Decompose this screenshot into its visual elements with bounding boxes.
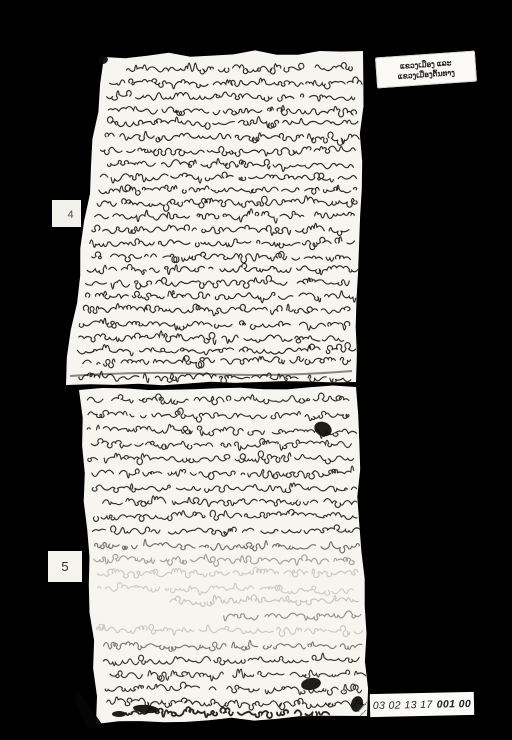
frame-code-label: 03 02 13 17 001 00 <box>370 692 474 717</box>
ink-blot <box>112 711 126 717</box>
frame-code-part2: 001 00 <box>437 697 472 710</box>
microfilm-frame: ແຂວງເມືອງ ແລະ ແຂວງເມືອງຕົ້ນທາງ 4 5 03 02… <box>0 0 512 740</box>
frame-code-part1: 03 02 13 17 <box>373 698 433 711</box>
manuscript-scene <box>0 0 512 740</box>
frame-number-bottom: 5 <box>48 551 82 582</box>
frame-number-top: 4 <box>52 200 81 227</box>
